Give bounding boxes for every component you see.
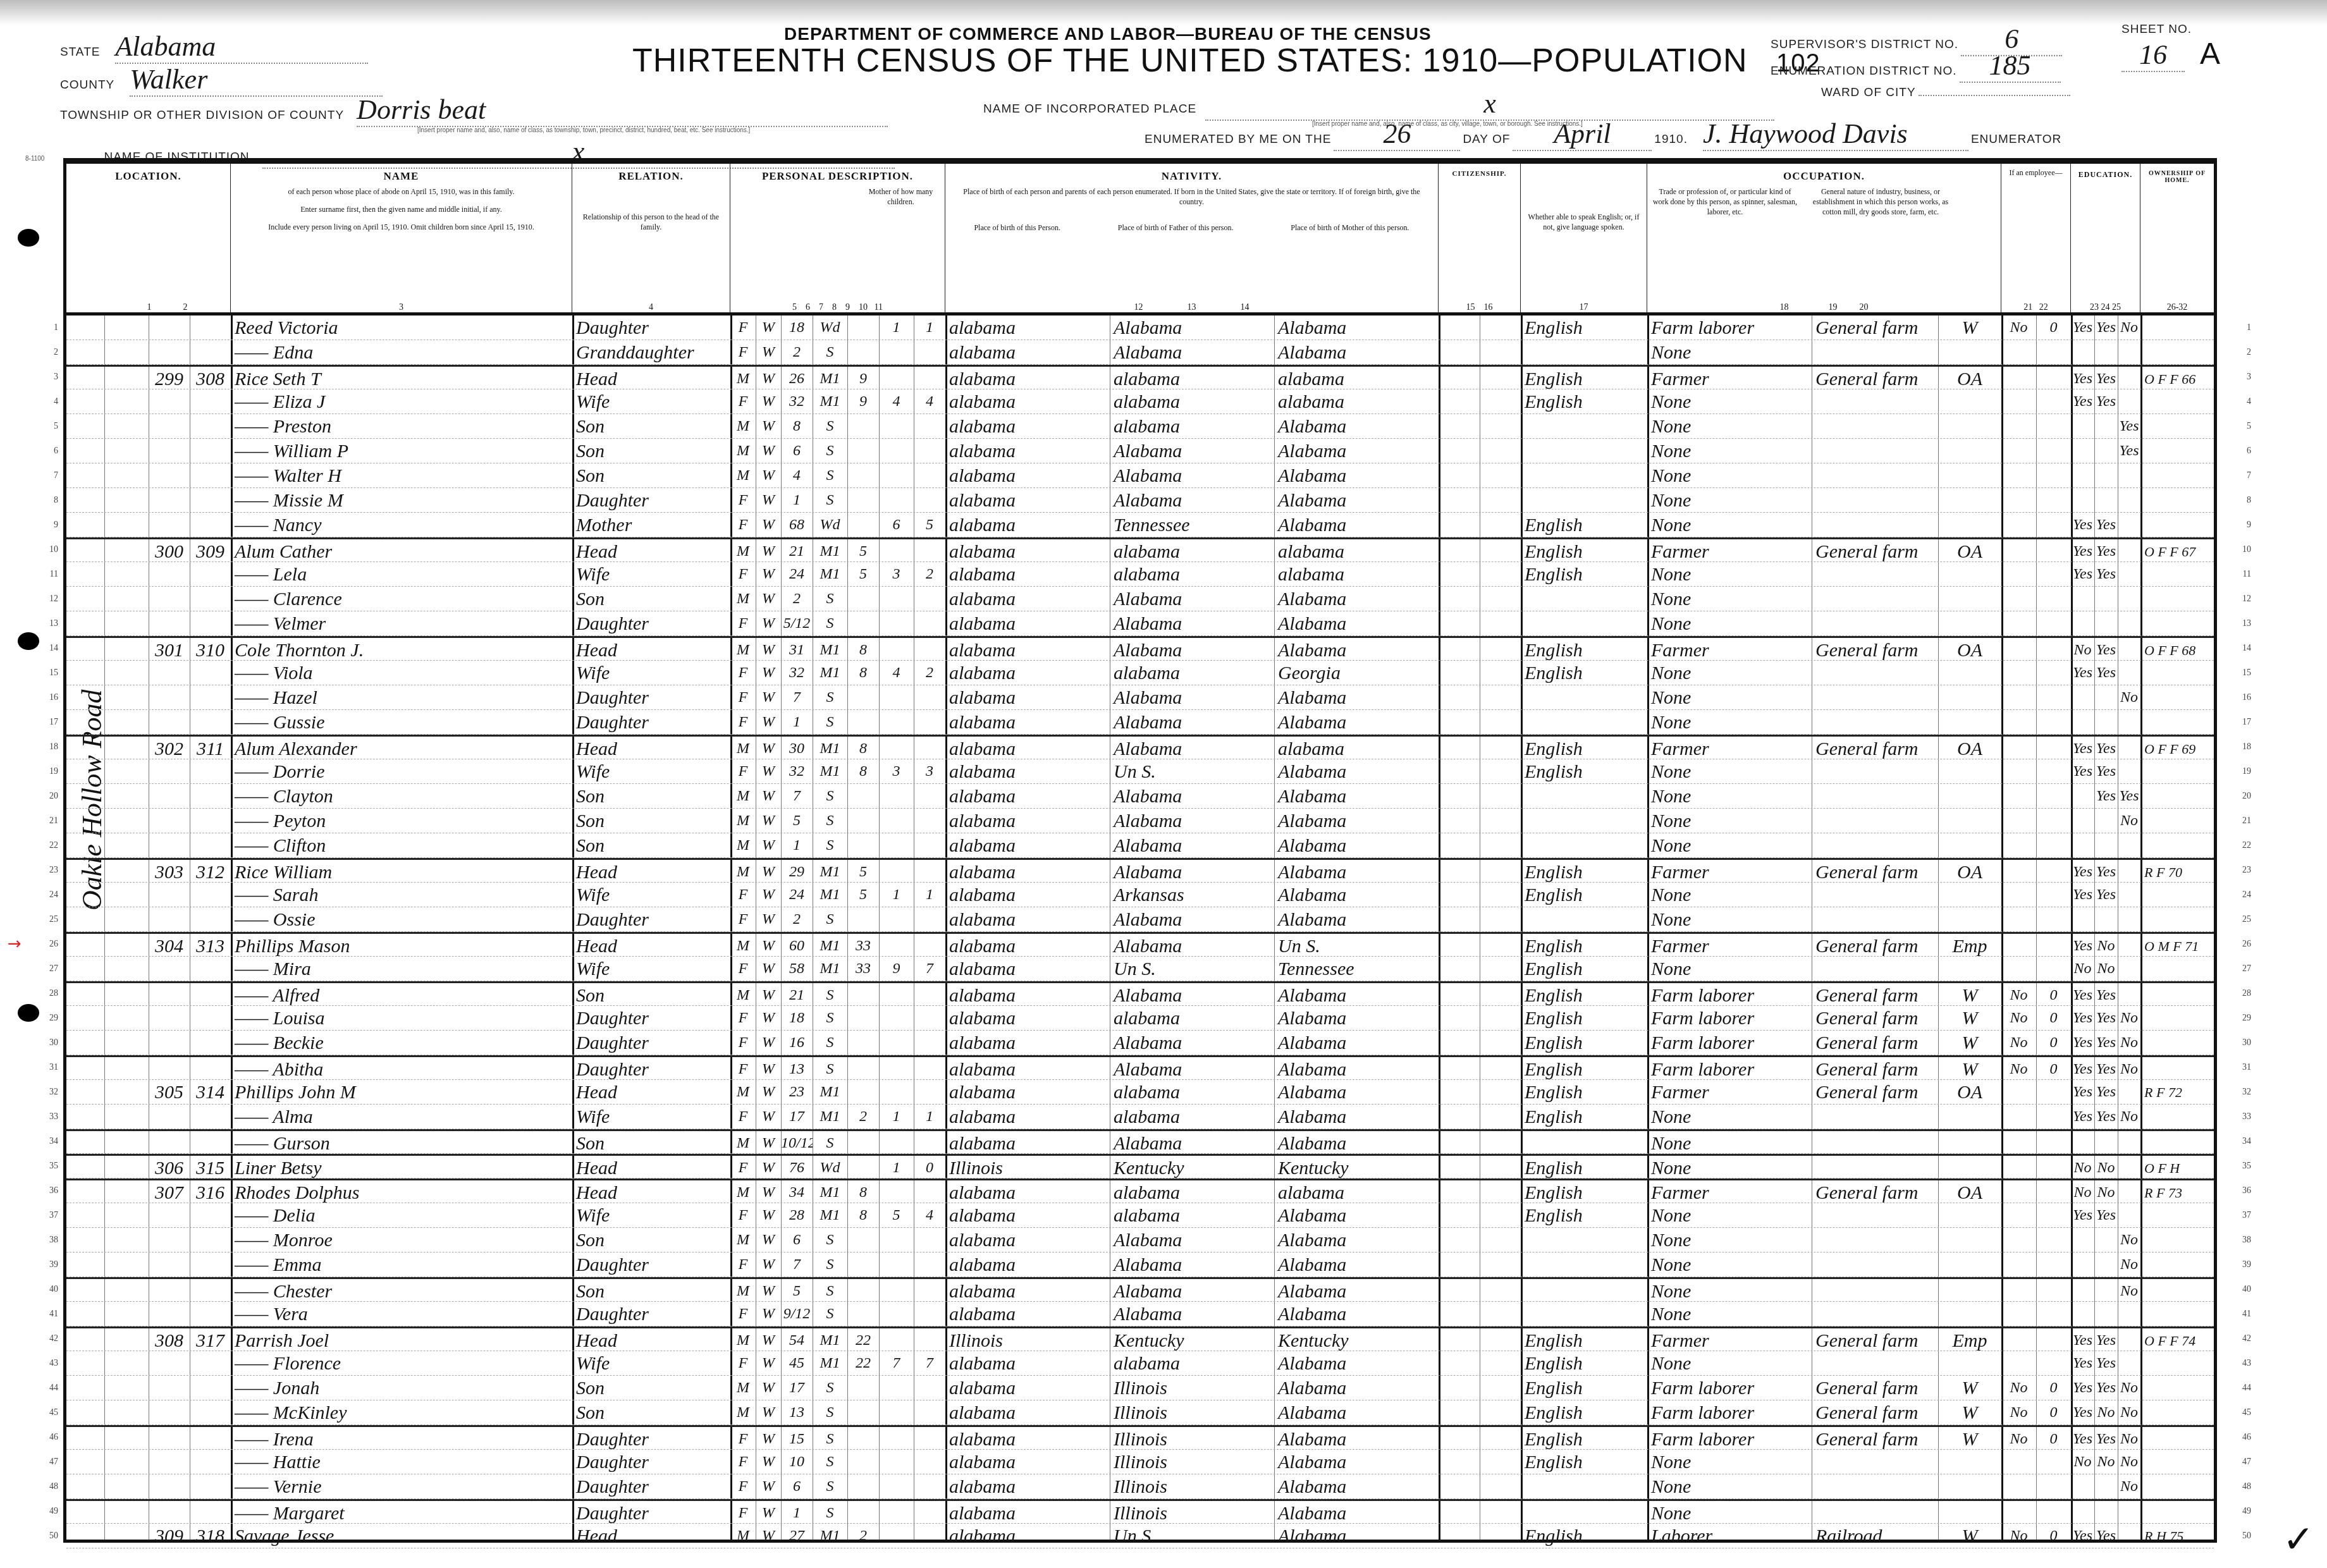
line-number: 27 (2232, 964, 2251, 974)
cell-trade: None (1649, 611, 1812, 636)
line-number: 5 (39, 422, 58, 432)
cell-own: O F F 69 (2142, 737, 2214, 761)
line-number: 3 (2232, 372, 2251, 383)
line-number: 28 (39, 989, 58, 999)
line-number: 17 (39, 718, 58, 728)
cell-fpob: Arkansas (1111, 883, 1274, 907)
table-row: —— AbithaDaughterFW13SalabamaAlabamaAlab… (66, 1055, 2214, 1080)
cell-wks (2036, 934, 2071, 959)
cell-born: 1 (879, 883, 914, 907)
cell-read: Yes (2071, 983, 2094, 1008)
cell-race: W (756, 414, 781, 439)
cell-fam (190, 983, 231, 1008)
cell-race: W (756, 1400, 781, 1425)
line-number: 30 (39, 1038, 58, 1048)
cell-school (2118, 1524, 2140, 1548)
cell-pob: alabama (947, 1450, 1110, 1474)
table-row: 303312Rice WilliamHeadMW29M15alabamaAlab… (66, 858, 2214, 883)
line-number: 18 (2232, 742, 2251, 752)
line-number: 13 (2232, 619, 2251, 629)
cell-write: Yes (2094, 1203, 2118, 1228)
cell-read: Yes (2071, 539, 2094, 564)
cell-fpob: Alabama (1111, 1253, 1274, 1277)
cell-read: Yes (2071, 1376, 2094, 1400)
cell-rel: Son (574, 414, 730, 439)
cell-fpob: Alabama (1111, 833, 1274, 858)
line-number: 35 (2232, 1161, 2251, 1172)
cell-rel: Daughter (574, 1031, 730, 1055)
cell-born (879, 737, 914, 761)
cell-fpob: alabama (1111, 661, 1274, 685)
cell-school: No (2118, 1427, 2140, 1452)
line-number: 11 (39, 570, 58, 580)
cell-ind (1813, 414, 1938, 439)
cell-write: Yes (2094, 1057, 2118, 1082)
cell-ms: S (813, 1450, 847, 1474)
cell-write: Yes (2094, 883, 2118, 907)
cell-wks (2036, 488, 2071, 513)
cell-oow: No (2001, 1524, 2036, 1548)
cell-mpob: Kentucky (1275, 1156, 1439, 1180)
cell-oow (2001, 389, 2036, 414)
cell-sex: M (730, 809, 756, 833)
cell-lang: English (1522, 934, 1647, 959)
cell-name: —— Missie M (232, 488, 572, 513)
line-number: 31 (2232, 1063, 2251, 1073)
cell-wks (2036, 907, 2071, 932)
cell-school (2118, 638, 2140, 663)
cell-mpob: Alabama (1275, 414, 1439, 439)
cell-wks: 0 (2036, 1524, 2071, 1548)
cell-write: Yes (2094, 737, 2118, 761)
table-row: —— EmmaDaughterFW7SalabamaAlabamaAlabama… (66, 1253, 2214, 1277)
cell-read: Yes (2071, 1105, 2094, 1129)
cell-pob: alabama (947, 809, 1110, 833)
cell-race: W (756, 907, 781, 932)
cell-rel: Son (574, 587, 730, 611)
cell-emp (1938, 1156, 2001, 1180)
cell-wks: 0 (2036, 1376, 2071, 1400)
cell-fpob: Alabama (1111, 1131, 1274, 1156)
cell-lang (1522, 907, 1647, 932)
citizenship-header: CITIZENSHIP. 15 16 (1439, 164, 1521, 315)
cell-rel: Head (574, 1328, 730, 1353)
cell-oow (2001, 784, 2036, 809)
cell-yrs (847, 513, 879, 537)
cell-fam (190, 513, 231, 537)
cell-born (879, 1501, 914, 1526)
cell-living (914, 1376, 945, 1400)
cell-oow (2001, 685, 2036, 710)
cell-emp: OA (1938, 860, 2001, 885)
cell-ms: S (813, 833, 847, 858)
cell-emp: W (1938, 1524, 2001, 1548)
cell-fam: 309 (190, 539, 231, 564)
cell-school: No (2118, 1031, 2140, 1055)
cell-age: 10/12 (781, 1131, 813, 1156)
cell-write (2094, 1228, 2118, 1253)
cell-trade: Farmer (1649, 1180, 1812, 1205)
cell-name: Alum Cather (232, 539, 572, 564)
cell-write: Yes (2094, 513, 2118, 537)
cell-write (2094, 710, 2118, 735)
cell-school (2118, 1131, 2140, 1156)
cell-trade: None (1649, 685, 1812, 710)
cell-oow (2001, 562, 2036, 587)
cell-yrs: 22 (847, 1351, 879, 1376)
cell-name: —— Edna (232, 340, 572, 365)
cell-mpob: Alabama (1275, 315, 1439, 340)
cell-ind (1813, 513, 1938, 537)
cell-trade: None (1649, 883, 1812, 907)
cell-dw (149, 1501, 190, 1526)
cell-yrs (847, 439, 879, 463)
cell-mpob: alabama (1275, 539, 1439, 564)
cell-school (2118, 587, 2140, 611)
cell-born: 6 (879, 513, 914, 537)
cell-name: —— Clayton (232, 784, 572, 809)
cell-write: Yes (2094, 1376, 2118, 1400)
cell-born (879, 1524, 914, 1548)
table-row: —— PeytonSonMW5SalabamaAlabamaAlabamaNon… (66, 809, 2214, 833)
cell-pob: alabama (947, 833, 1110, 858)
cell-trade: None (1649, 1203, 1812, 1228)
cell-fam (190, 1474, 231, 1499)
cell-fam (190, 957, 231, 981)
cell-own (2142, 340, 2214, 365)
cell-read: Yes (2071, 1203, 2094, 1228)
cell-read (2071, 611, 2094, 636)
cell-ind: General farm (1813, 1031, 1938, 1055)
cell-school: No (2118, 1376, 2140, 1400)
cell-wks: 0 (2036, 1031, 2071, 1055)
cell-yrs (847, 784, 879, 809)
cell-wks (2036, 1131, 2071, 1156)
table-row: —— SarahWifeFW24M1511alabamaArkansasAlab… (66, 883, 2214, 907)
cell-ind: General farm (1813, 1328, 1938, 1353)
cell-emp (1938, 611, 2001, 636)
cell-sex: M (730, 1328, 756, 1353)
cell-race: W (756, 1006, 781, 1031)
cell-school (2118, 907, 2140, 932)
cell-trade: None (1649, 1450, 1812, 1474)
cell-name: —— Eliza J (232, 389, 572, 414)
cell-ms: M1 (813, 737, 847, 761)
table-row: 306315Liner BetsyHeadFW76Wd10IllinoisKen… (66, 1154, 2214, 1179)
cell-yrs: 8 (847, 661, 879, 685)
cell-race: W (756, 1057, 781, 1082)
cell-oow (2001, 1450, 2036, 1474)
cell-emp (1938, 1228, 2001, 1253)
cell-ms: M1 (813, 367, 847, 391)
cell-race: W (756, 611, 781, 636)
cell-sex: M (730, 833, 756, 858)
cell-write (2094, 1279, 2118, 1304)
enumerated-label: Enumerated by me on the (1145, 133, 1331, 146)
cell-emp: W (1938, 1057, 2001, 1082)
sheet-number-field: Sheet No. 16 A (2121, 23, 2220, 72)
cell-own (2142, 562, 2214, 587)
line-number: 28 (2232, 989, 2251, 999)
cell-rel: Head (574, 737, 730, 761)
line-number: 34 (2232, 1137, 2251, 1147)
cell-yrs (847, 1057, 879, 1082)
cell-race: W (756, 1080, 781, 1105)
cell-living (914, 784, 945, 809)
cell-rel: Daughter (574, 1501, 730, 1526)
cell-fpob: Alabama (1111, 1031, 1274, 1055)
cell-name: —— Hattie (232, 1450, 572, 1474)
cell-living: 4 (914, 389, 945, 414)
form-code: 8-1100 (25, 156, 44, 162)
cell-trade: None (1649, 809, 1812, 833)
cell-fam: 314 (190, 1080, 231, 1105)
cell-school (2118, 1156, 2140, 1180)
cell-own (2142, 1228, 2214, 1253)
ward-field: Ward of city (1821, 82, 2070, 100)
cell-school: Yes (2118, 784, 2140, 809)
cell-read: Yes (2071, 860, 2094, 885)
cell-fam (190, 1253, 231, 1277)
cell-fpob: Alabama (1111, 340, 1274, 365)
cell-born (879, 710, 914, 735)
cell-fpob: Alabama (1111, 685, 1274, 710)
cell-oow (2001, 860, 2036, 885)
cell-mpob: Alabama (1275, 1253, 1439, 1277)
enumerator-label: Enumerator (1971, 133, 2061, 146)
cell-name: —— Margaret (232, 1501, 572, 1526)
cell-pob: alabama (947, 1180, 1110, 1205)
cell-emp (1938, 784, 2001, 809)
cell-oow (2001, 661, 2036, 685)
location-header: LOCATION. 12 (66, 164, 231, 315)
line-number: 13 (39, 619, 58, 629)
cell-rel: Wife (574, 883, 730, 907)
cell-own (2142, 1351, 2214, 1376)
cell-mpob: Alabama (1275, 463, 1439, 488)
cell-born (879, 1400, 914, 1425)
cell-emp (1938, 1501, 2001, 1526)
cell-fam (190, 439, 231, 463)
cell-emp: W (1938, 983, 2001, 1008)
cell-pob: alabama (947, 1031, 1110, 1055)
cell-ms: S (813, 1302, 847, 1326)
cell-mpob: alabama (1275, 562, 1439, 587)
cell-read (2071, 1302, 2094, 1326)
cell-read: Yes (2071, 1427, 2094, 1452)
cell-living: 1 (914, 883, 945, 907)
if-employee-header: If an employee— 21 22 (2001, 164, 2071, 315)
cell-rel: Wife (574, 661, 730, 685)
cell-emp (1938, 1105, 2001, 1129)
township-field: Township or other division of county Dor… (60, 94, 888, 134)
cell-rel: Son (574, 784, 730, 809)
cell-yrs (847, 1501, 879, 1526)
cell-emp (1938, 685, 2001, 710)
enumerated-day: 26 (1334, 118, 1460, 151)
cell-write (2094, 414, 2118, 439)
table-row: —— McKinleySonMW13SalabamaIllinoisAlabam… (66, 1400, 2214, 1425)
table-row: —— VeraDaughterFW9/12SalabamaAlabamaAlab… (66, 1302, 2214, 1326)
cell-living (914, 1328, 945, 1353)
cell-fam (190, 833, 231, 858)
table-row: —— William PSonMW6SalabamaAlabamaAlabama… (66, 439, 2214, 463)
cell-fam (190, 389, 231, 414)
cell-trade: Farm laborer (1649, 1427, 1812, 1452)
cell-born (879, 1228, 914, 1253)
cell-age: 54 (781, 1328, 813, 1353)
cell-write: Yes (2094, 1328, 2118, 1353)
scan-edge-shading (0, 0, 2327, 25)
cell-fpob: Kentucky (1111, 1328, 1274, 1353)
cell-race: W (756, 809, 781, 833)
cell-living: 5 (914, 513, 945, 537)
cell-school (2118, 710, 2140, 735)
table-row: —— MiraWifeFW58M13397alabamaUn S.Tenness… (66, 957, 2214, 981)
cell-fam (190, 1057, 231, 1082)
cell-dw (149, 1203, 190, 1228)
cell-name: —— McKinley (232, 1400, 572, 1425)
cell-ms: S (813, 488, 847, 513)
form-title: THIRTEENTH CENSUS OF THE UNITED STATES: … (632, 42, 1820, 80)
cell-sex: F (730, 1501, 756, 1526)
cell-pob: alabama (947, 539, 1110, 564)
cell-trade: Farm laborer (1649, 983, 1812, 1008)
cell-mpob: Alabama (1275, 1427, 1439, 1452)
line-number: 29 (2232, 1014, 2251, 1024)
cell-oow (2001, 1228, 2036, 1253)
cell-fpob: Alabama (1111, 439, 1274, 463)
cell-dw (149, 562, 190, 587)
table-row: —— VernieDaughterFW6SalabamaIllinoisAlab… (66, 1474, 2214, 1499)
cell-ms: M1 (813, 661, 847, 685)
cell-read (2071, 1253, 2094, 1277)
cell-oow (2001, 1203, 2036, 1228)
cell-age: 6 (781, 1474, 813, 1499)
line-number: 45 (2232, 1408, 2251, 1418)
cell-wks (2036, 611, 2071, 636)
cell-write (2094, 1474, 2118, 1499)
cell-rel: Son (574, 1279, 730, 1304)
cell-emp (1938, 463, 2001, 488)
cell-sex: M (730, 414, 756, 439)
cell-rel: Daughter (574, 315, 730, 340)
cell-wks (2036, 1279, 2071, 1304)
cell-own: R F 73 (2142, 1180, 2214, 1205)
cell-own (2142, 414, 2214, 439)
cell-living: 4 (914, 1203, 945, 1228)
cell-race: W (756, 1279, 781, 1304)
cell-wks: 0 (2036, 315, 2071, 340)
cell-fpob: Illinois (1111, 1376, 1274, 1400)
cell-born (879, 1006, 914, 1031)
cell-read: Yes (2071, 1524, 2094, 1548)
cell-trade: Farmer (1649, 367, 1812, 391)
cell-school (2118, 1302, 2140, 1326)
cell-trade: None (1649, 1228, 1812, 1253)
cell-wks (2036, 1105, 2071, 1129)
cell-dw (149, 1031, 190, 1055)
cell-race: W (756, 638, 781, 663)
line-number: 31 (39, 1063, 58, 1073)
cell-mpob: Alabama (1275, 1006, 1439, 1031)
cell-ms: S (813, 907, 847, 932)
cell-read: No (2071, 957, 2094, 981)
line-number: 20 (39, 792, 58, 802)
line-number: 8 (39, 496, 58, 506)
table-row: —— DorrieWifeFW32M1833alabamaUn S.Alabam… (66, 759, 2214, 784)
cell-oow (2001, 1279, 2036, 1304)
cell-race: W (756, 860, 781, 885)
cell-mpob: Alabama (1275, 1400, 1439, 1425)
cell-name: —— Gurson (232, 1131, 572, 1156)
cell-wks (2036, 1156, 2071, 1180)
cell-oow: No (2001, 1427, 2036, 1452)
cell-pob: alabama (947, 661, 1110, 685)
cell-race: W (756, 1302, 781, 1326)
cell-school (2118, 737, 2140, 761)
cell-oow (2001, 340, 2036, 365)
cell-fpob: Alabama (1111, 934, 1274, 959)
cell-mpob: Alabama (1275, 1279, 1439, 1304)
cell-born (879, 1450, 914, 1474)
cell-ms: M1 (813, 539, 847, 564)
cell-age: 60 (781, 934, 813, 959)
cell-ind: General farm (1813, 367, 1938, 391)
cell-fpob: Un S. (1111, 759, 1274, 784)
cell-name: Phillips John M (232, 1080, 572, 1105)
relation-header: RELATION. Relationship of this person to… (572, 164, 730, 315)
line-number: 22 (39, 841, 58, 851)
cell-sex: M (730, 983, 756, 1008)
cell-lang: English (1522, 562, 1647, 587)
cell-age: 30 (781, 737, 813, 761)
cell-read (2071, 1131, 2094, 1156)
cell-living (914, 611, 945, 636)
cell-age: 27 (781, 1524, 813, 1548)
cell-race: W (756, 315, 781, 340)
line-number: 42 (39, 1334, 58, 1344)
cell-dw (149, 907, 190, 932)
cell-wks (2036, 860, 2071, 885)
cell-wks (2036, 809, 2071, 833)
cell-ind (1813, 1279, 1938, 1304)
cell-living (914, 1180, 945, 1205)
cell-rel: Daughter (574, 1253, 730, 1277)
cell-fam (190, 611, 231, 636)
cell-sex: M (730, 439, 756, 463)
cell-mpob: alabama (1275, 1180, 1439, 1205)
cell-rel: Son (574, 1400, 730, 1425)
cell-wks: 0 (2036, 983, 2071, 1008)
cell-mpob: Alabama (1275, 809, 1439, 833)
cell-fpob: Illinois (1111, 1501, 1274, 1526)
table-row: 308317Parrish JoelHeadMW54M122IllinoisKe… (66, 1326, 2214, 1351)
cell-lang: English (1522, 1031, 1647, 1055)
cell-yrs (847, 1279, 879, 1304)
cell-trade: Farmer (1649, 638, 1812, 663)
cell-name: —— Abitha (232, 1057, 572, 1082)
cell-oow: No (2001, 1031, 2036, 1055)
cell-pob: alabama (947, 1427, 1110, 1452)
line-number: 21 (2232, 816, 2251, 826)
table-row: —— LelaWifeFW24M1532alabamaalabamaalabam… (66, 562, 2214, 587)
cell-emp: W (1938, 1400, 2001, 1425)
cell-fpob: Un S. (1111, 957, 1274, 981)
cell-emp (1938, 883, 2001, 907)
line-number: 26 (2232, 940, 2251, 950)
cell-living (914, 809, 945, 833)
